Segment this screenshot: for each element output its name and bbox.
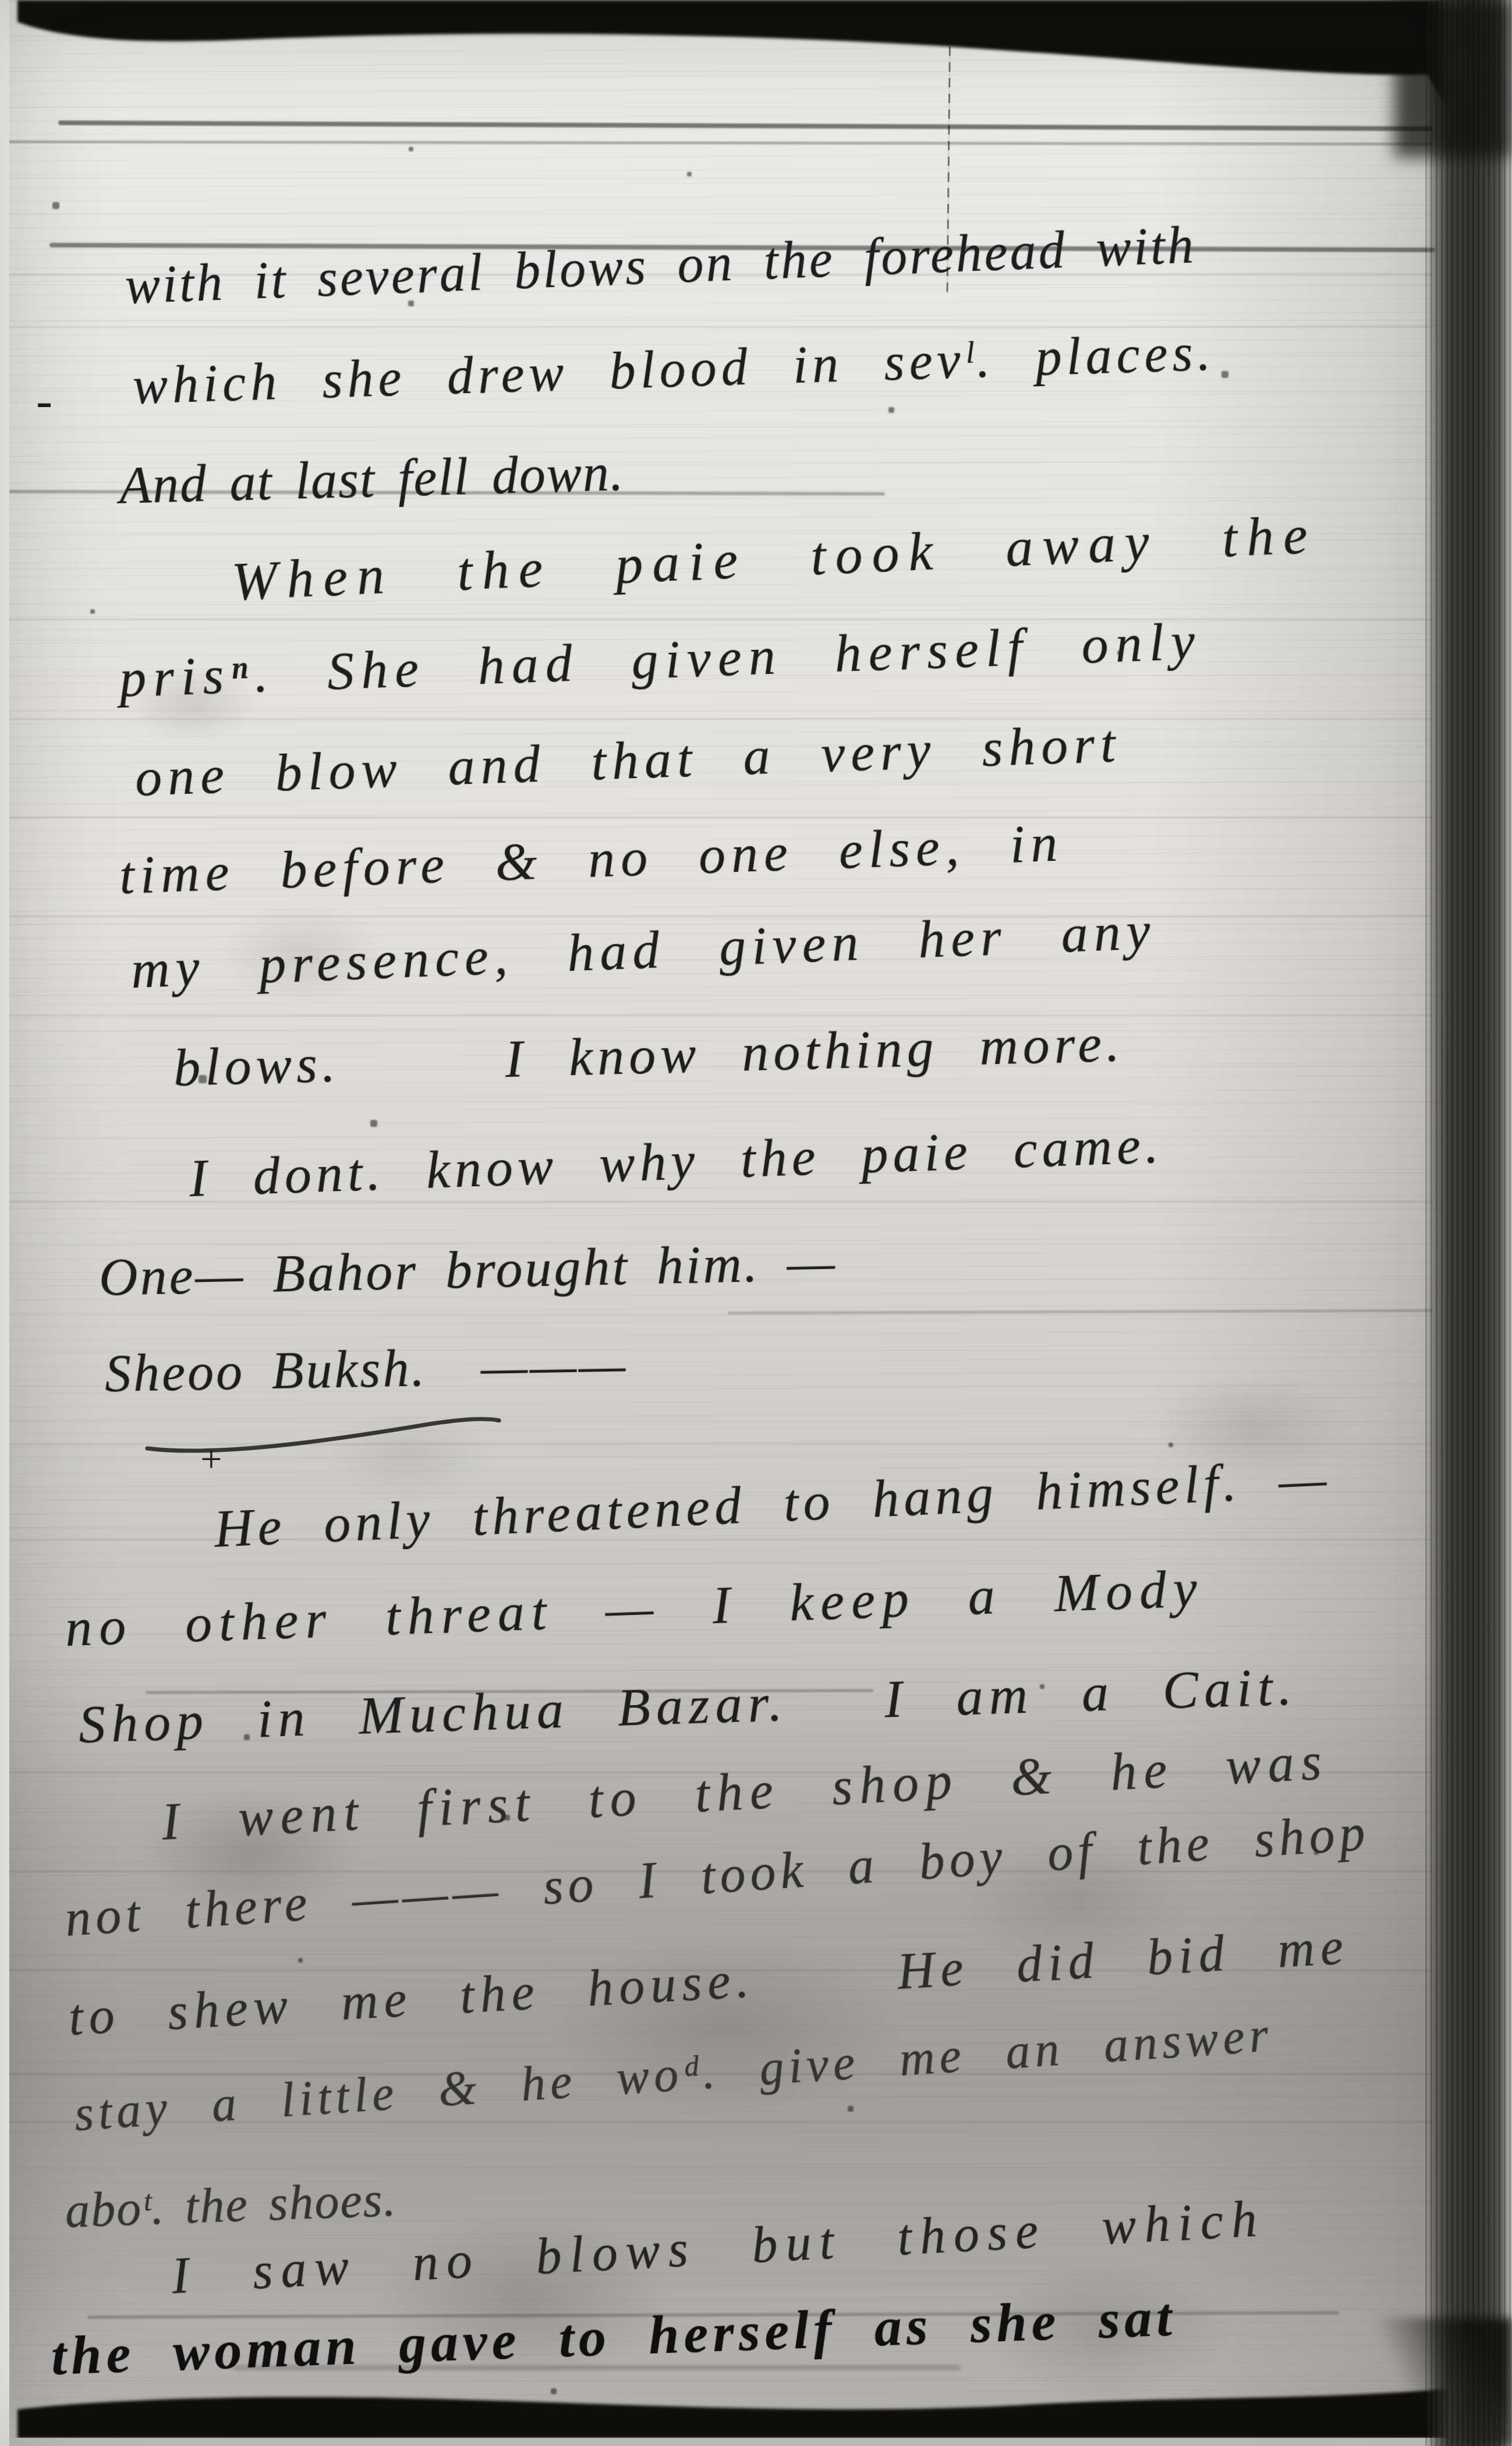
scan-margin-strip	[0, 0, 9, 2446]
binding-shadow-top	[1394, 0, 1512, 157]
margin-dash-mark: -	[36, 373, 52, 429]
binding-gutter	[1425, 0, 1512, 2446]
binding-shadow-bottom	[1357, 2318, 1512, 2446]
pen-flourish	[143, 1412, 515, 1465]
top-edge-shadow	[0, 0, 1512, 151]
manuscript-scan: with it several blows on the forehead wi…	[0, 0, 1512, 2446]
page-edge-line	[9, 0, 22, 2446]
ruled-line	[0, 618, 1432, 620]
manuscript-line: aboᵗ. the shoes.	[64, 2171, 397, 2239]
bottom-edge-shadow	[0, 2377, 1512, 2438]
scan-margin-strip	[0, 2438, 1512, 2446]
ruled-line	[0, 718, 1432, 720]
ruled-line	[0, 1015, 1432, 1016]
ruled-line	[0, 816, 1432, 818]
manuscript-line: Sheoo Buksh. ———	[104, 1335, 628, 1404]
ruled-line	[0, 326, 1432, 328]
